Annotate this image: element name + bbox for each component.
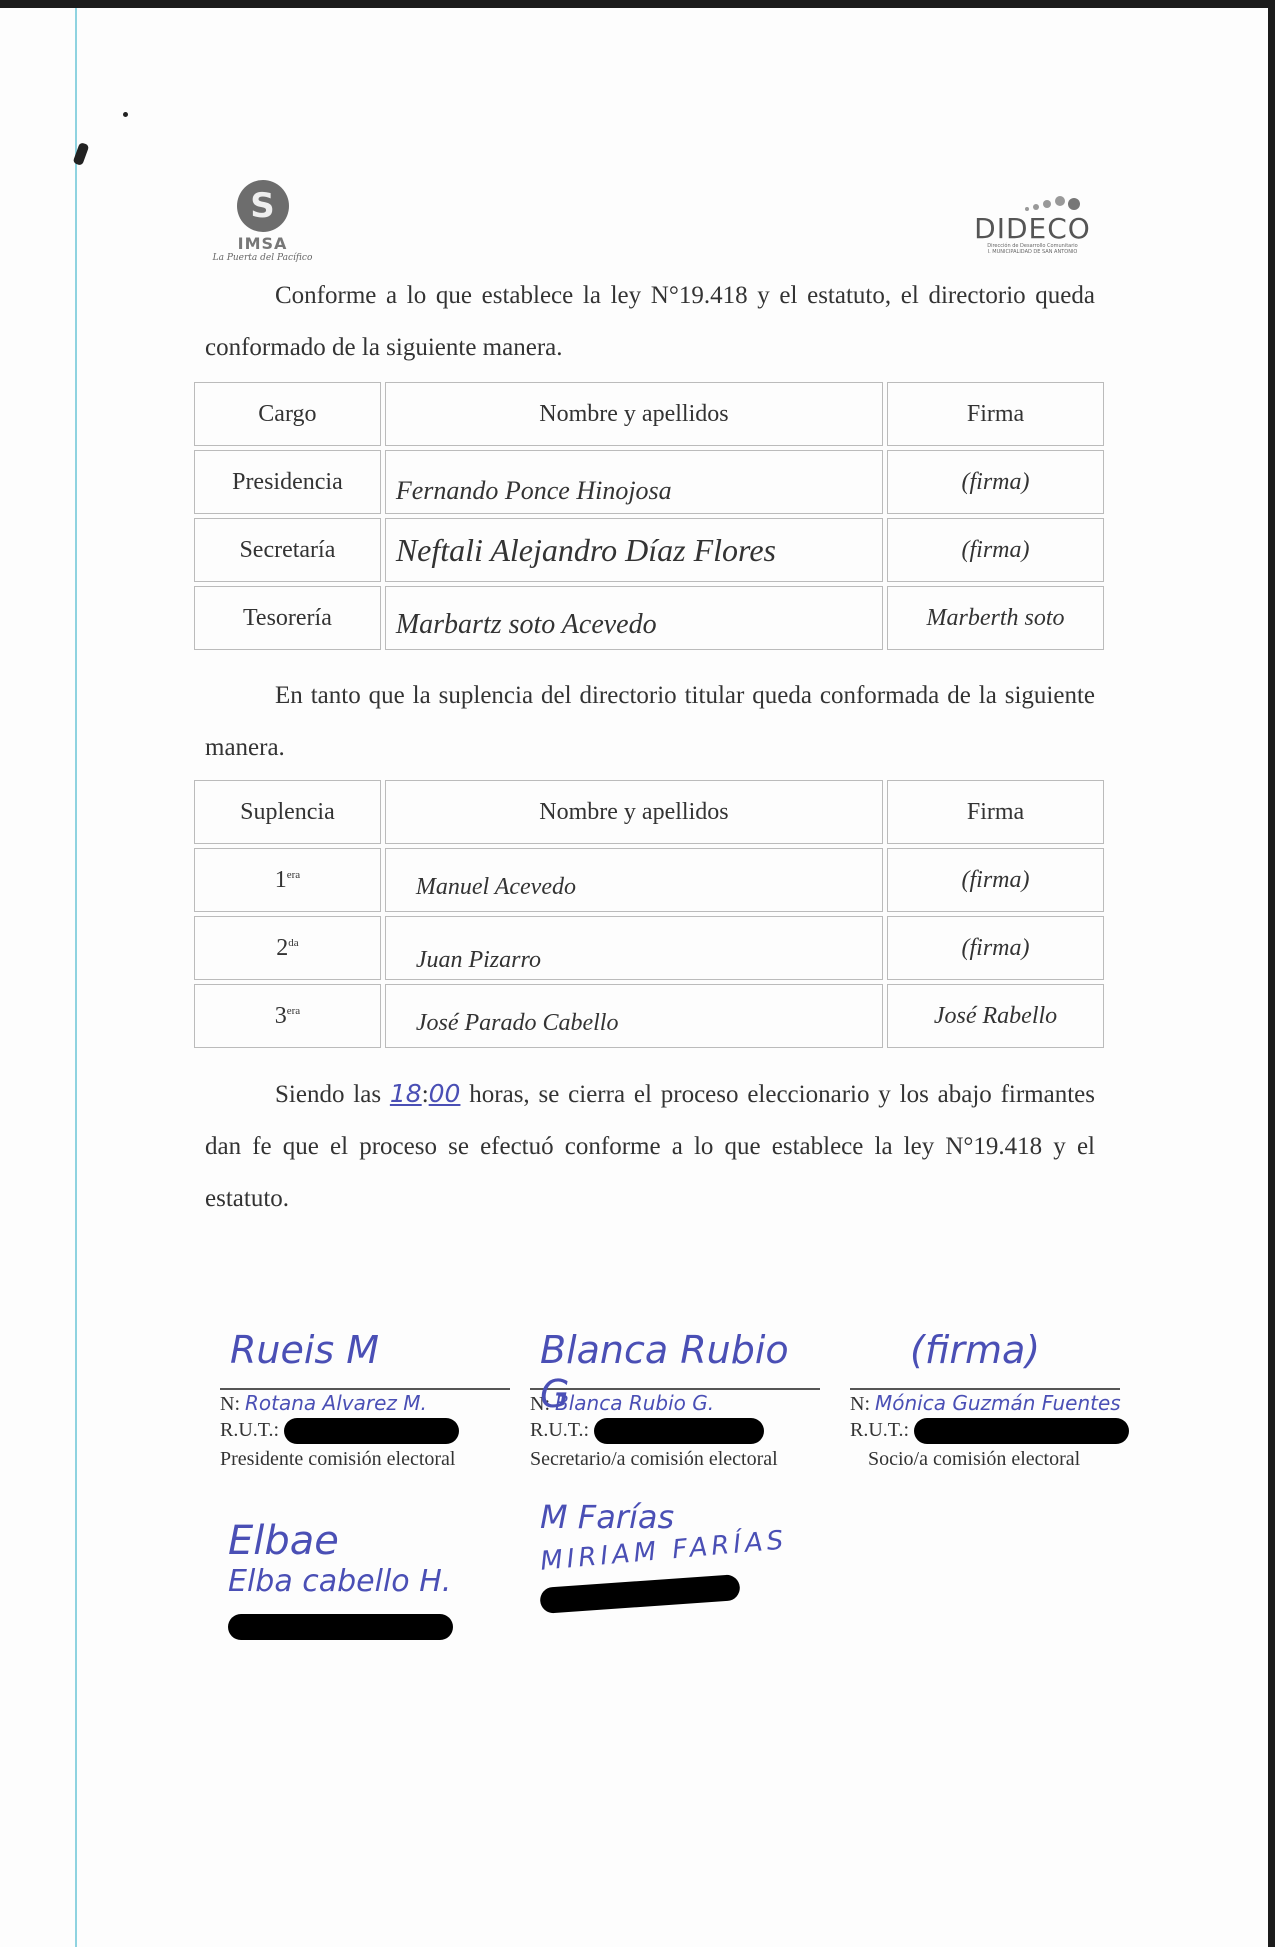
firma-cell: José Rabello <box>887 984 1104 1048</box>
imsa-logo: IMSA La Puerta del Pacífico <box>205 180 320 263</box>
table-row: Presidencia Fernando Ponce Hinojosa (fir… <box>194 450 1104 514</box>
imsa-logo-name: IMSA <box>205 234 320 253</box>
signer-presidente: Rueis M N: Rotana Alvarez M. R.U.T.: Pre… <box>220 1308 510 1474</box>
firma-cell: (firma) <box>887 916 1104 980</box>
nombre-cell: Juan Pizarro <box>385 916 883 980</box>
signer-socio: (firma) N: Mónica Guzmán Fuentes R.U.T.:… <box>850 1308 1140 1474</box>
suplencia-paragraph: En tanto que la suplencia del directorio… <box>205 670 1095 774</box>
scan-speck <box>123 112 128 117</box>
imsa-globe-icon <box>237 180 289 232</box>
firma-cell: (firma) <box>887 848 1104 912</box>
nombre-cell: Fernando Ponce Hinojosa <box>385 450 883 514</box>
nombre-cell: Manuel Acevedo <box>385 848 883 912</box>
extra-signer-miriam: M Farías MIRIAM FARÍAS <box>540 1498 788 1612</box>
table-row: 3era José Parado Cabello José Rabello <box>194 984 1104 1048</box>
header-cargo: Cargo <box>194 382 381 446</box>
table-row: Secretaría Neftali Alejandro Díaz Flores… <box>194 518 1104 582</box>
dideco-subtitle-2: I. MUNICIPALIDAD DE SAN ANTONIO <box>970 249 1095 255</box>
signer-role: Secretario/a comisión electoral <box>530 1444 820 1474</box>
directorio-table: Cargo Nombre y apellidos Firma Presidenc… <box>190 378 1108 654</box>
redacted-rut <box>228 1614 453 1640</box>
suplencia-number-cell: 1era <box>194 848 381 912</box>
dideco-logo-name: DIDECO <box>970 215 1095 243</box>
redacted-rut <box>914 1418 1129 1444</box>
signature: Blanca Rubio G <box>540 1328 820 1416</box>
nombre-cell: José Parado Cabello <box>385 984 883 1048</box>
signature: (firma) <box>910 1328 1040 1372</box>
firma-cell: (firma) <box>887 518 1104 582</box>
suplencia-number-cell: 3era <box>194 984 381 1048</box>
signer-role: Presidente comisión electoral <box>220 1444 510 1474</box>
header-firma: Firma <box>887 780 1104 844</box>
cargo-cell: Secretaría <box>194 518 381 582</box>
signer-role: Socio/a comisión electoral <box>850 1444 1140 1474</box>
table-row: 2da Juan Pizarro (firma) <box>194 916 1104 980</box>
cargo-cell: Tesorería <box>194 586 381 650</box>
header-firma: Firma <box>887 382 1104 446</box>
firma-cell: Marberth soto <box>887 586 1104 650</box>
nombre-cell: Marbartz soto Acevedo <box>385 586 883 650</box>
table-header-row: Suplencia Nombre y apellidos Firma <box>194 780 1104 844</box>
header-nombre: Nombre y apellidos <box>385 780 883 844</box>
signer-name: Elba cabello H. <box>228 1564 453 1599</box>
signature: Rueis M <box>230 1328 379 1372</box>
table-row: Tesorería Marbartz soto Acevedo Marberth… <box>194 586 1104 650</box>
signer-secretario: Blanca Rubio G N: Blanca Rubio G. R.U.T.… <box>530 1308 820 1474</box>
margin-line <box>75 8 77 1947</box>
table-row: 1era Manuel Acevedo (firma) <box>194 848 1104 912</box>
header-nombre: Nombre y apellidos <box>385 382 883 446</box>
dideco-dots-icon <box>970 193 1095 215</box>
signer-name: Rotana Alvarez M. <box>245 1391 427 1415</box>
closing-paragraph: Siendo las 18:00 horas, se cierra el pro… <box>205 1068 1095 1225</box>
scanned-page: IMSA La Puerta del Pacífico DIDECO Direc… <box>0 8 1268 1947</box>
intro-paragraph: Conforme a lo que establece la ley N°19.… <box>205 270 1095 374</box>
suplencia-table: Suplencia Nombre y apellidos Firma 1era … <box>190 776 1108 1052</box>
closing-hour: 18 <box>390 1079 422 1108</box>
suplencia-number-cell: 2da <box>194 916 381 980</box>
signature: Elbae <box>228 1518 453 1564</box>
closing-minute: 00 <box>429 1079 461 1108</box>
cargo-cell: Presidencia <box>194 450 381 514</box>
header-suplencia: Suplencia <box>194 780 381 844</box>
extra-signer-elba: Elbae Elba cabello H. <box>228 1518 453 1645</box>
imsa-logo-tagline: La Puerta del Pacífico <box>205 253 320 263</box>
table-header-row: Cargo Nombre y apellidos Firma <box>194 382 1104 446</box>
signer-name: Mónica Guzmán Fuentes <box>875 1391 1121 1415</box>
redacted-rut <box>594 1418 764 1444</box>
redacted-rut <box>539 1574 740 1614</box>
firma-cell: (firma) <box>887 450 1104 514</box>
nombre-cell: Neftali Alejandro Díaz Flores <box>385 518 883 582</box>
dideco-logo: DIDECO Dirección de Desarrollo Comunitar… <box>970 193 1095 255</box>
redacted-rut <box>284 1418 459 1444</box>
